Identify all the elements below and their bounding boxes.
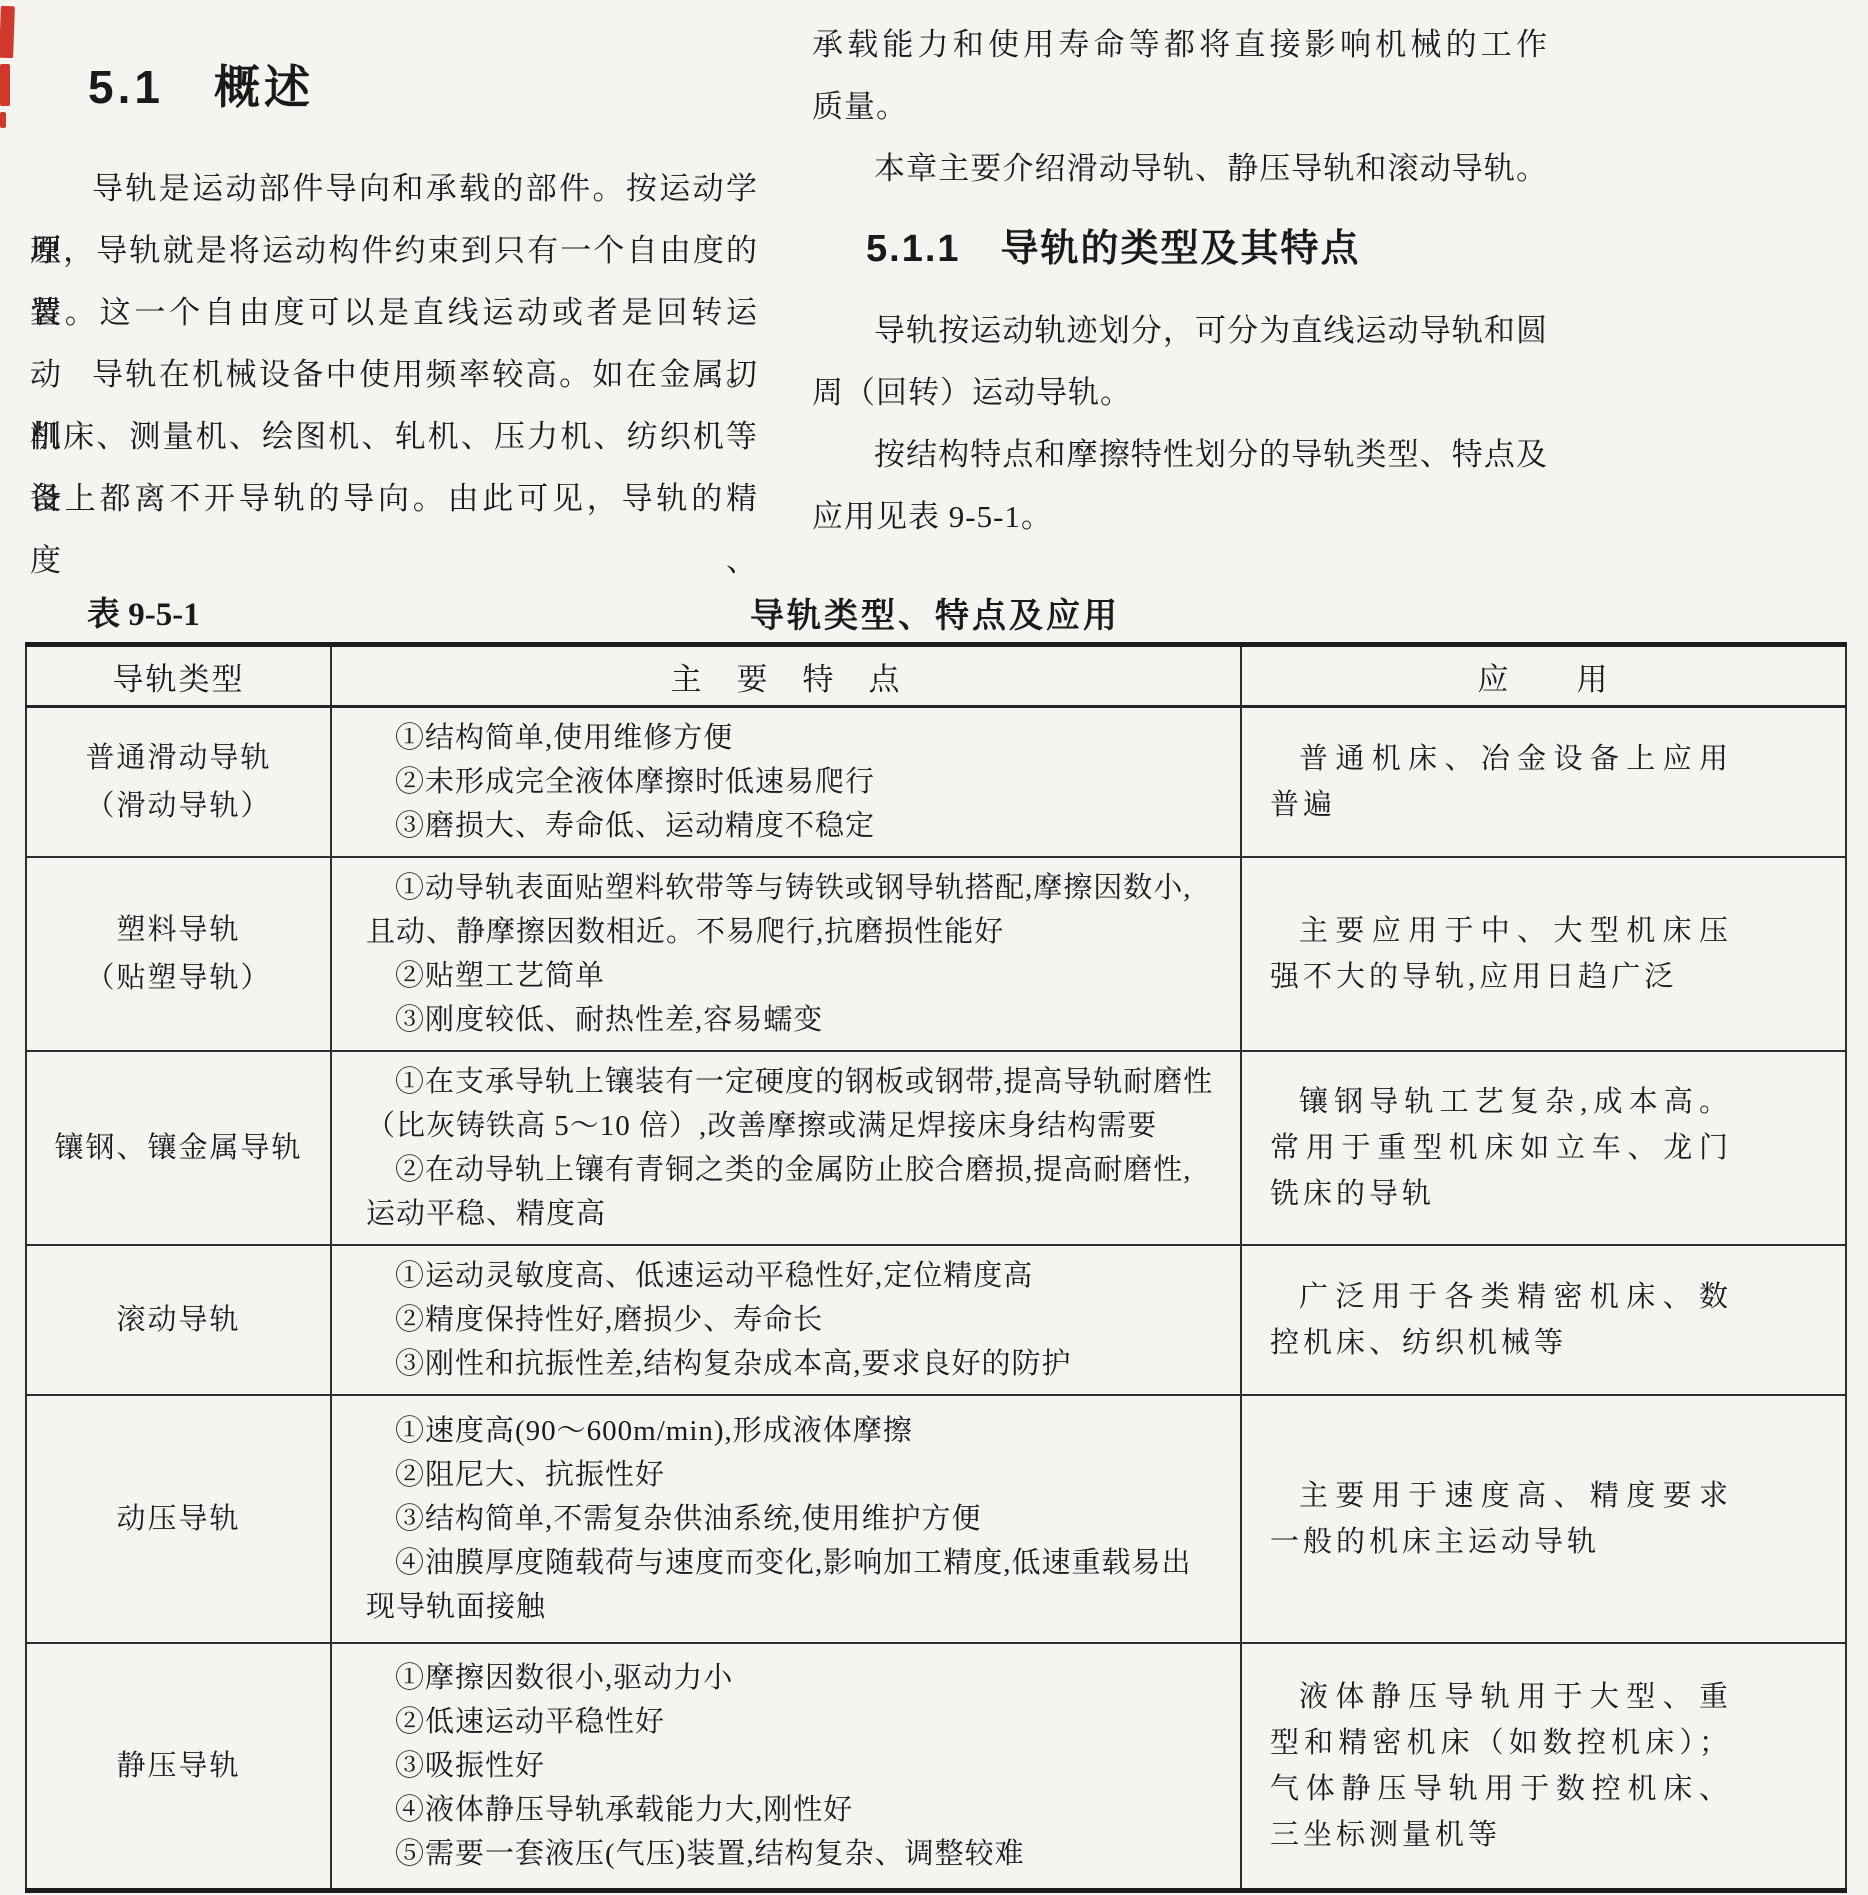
application-line: 镶钢导轨工艺复杂,成本高。 (1270, 1079, 1732, 1125)
application-cell: 普通机床、冶金设备上应用 普遍 (1241, 707, 1846, 858)
feature-line: ⑤需要一套液压(气压)装置,结构复杂、调整较难 (366, 1832, 1214, 1876)
feature-line: ③结构简单,不需复杂供油系统,使用维护方便 (366, 1497, 1214, 1541)
feature-line: ①在支承导轨上镶装有一定硬度的钢板或钢带,提高导轨耐磨性 (366, 1060, 1214, 1104)
application-line: 型和精密机床（如数控机床）； (1270, 1720, 1732, 1766)
application-line: 主要用于速度高、精度要求 (1270, 1473, 1732, 1519)
guide-type-cell: 普通滑动导轨 （滑动导轨） (26, 707, 331, 858)
table-row: 镶钢、镶金属导轨 ①在支承导轨上镶装有一定硬度的钢板或钢带,提高导轨耐磨性 （比… (26, 1051, 1846, 1245)
feature-line: ①结构简单,使用维修方便 (366, 716, 1214, 760)
col-header-features: 主 要 特 点 (331, 645, 1241, 707)
feature-line: ①动导轨表面贴塑料软带等与铸铁或钢导轨搭配,摩擦因数小, (366, 866, 1214, 910)
application-cell: 广泛用于各类精密机床、数 控机床、纺织机械等 (1241, 1245, 1846, 1395)
feature-line: ②低速运动平稳性好 (366, 1700, 1214, 1744)
text-line: 周（回转）运动导轨。 (812, 362, 1548, 424)
guide-type-cell: 静压导轨 (26, 1643, 331, 1890)
feature-line: ②精度保持性好,磨损少、寿命长 (366, 1298, 1214, 1342)
features-cell: ①动导轨表面贴塑料软带等与铸铁或钢导轨搭配,摩擦因数小, 且动、静摩擦因数相近。… (331, 857, 1241, 1051)
right-text-column: 承载能力和使用寿命等都将直接影响机械的工作 质量。 本章主要介绍滑动导轨、静压导… (812, 14, 1548, 548)
document-page: 5.1 概述 导轨是运动部件导向和承载的部件。按运动学原 理，导轨就是将运动构件… (0, 0, 1868, 1895)
application-text: 普通机床、冶金设备上应用 普遍 (1270, 736, 1732, 828)
text-line: 承载能力和使用寿命等都将直接影响机械的工作 (812, 14, 1548, 76)
feature-line: ③刚度较低、耐热性差,容易蠕变 (366, 998, 1214, 1042)
text-line: 导轨是运动部件导向和承载的部件。按运动学原 (30, 158, 758, 220)
feature-line: ③吸振性好 (366, 1744, 1214, 1788)
feature-line: （比灰铸铁高 5～10 倍）,改善摩擦或满足焊接床身结构需要 (366, 1104, 1214, 1148)
table-row: 滚动导轨 ①运动灵敏度高、低速运动平稳性好,定位精度高 ②精度保持性好,磨损少、… (26, 1245, 1846, 1395)
guide-type-line: （滑动导轨） (35, 782, 322, 830)
guide-type-line: 动压导轨 (35, 1495, 322, 1543)
application-text: 镶钢导轨工艺复杂,成本高。 常用于重型机床如立车、龙门 铣床的导轨 (1270, 1079, 1732, 1217)
text-line: 理，导轨就是将运动构件约束到只有一个自由度的装 (30, 220, 758, 282)
feature-line: ②贴塑工艺简单 (366, 954, 1214, 998)
feature-line: ②在动导轨上镶有青铜之类的金属防止胶合磨损,提高耐磨性, (366, 1148, 1214, 1192)
scan-artifact-red-mark (0, 6, 15, 58)
col-header-application: 应 用 (1241, 645, 1846, 707)
application-line: 强不大的导轨,应用日趋广泛 (1270, 954, 1732, 1000)
table-title: 导轨类型、特点及应用 (25, 588, 1845, 637)
table-row: 静压导轨 ①摩擦因数很小,驱动力小 ②低速运动平稳性好 ③吸振性好 ④液体静压导… (26, 1643, 1846, 1890)
application-text: 主要应用于中、大型机床压 强不大的导轨,应用日趋广泛 (1270, 908, 1732, 1000)
table-row: 塑料导轨 （贴塑导轨） ①动导轨表面贴塑料软带等与铸铁或钢导轨搭配,摩擦因数小,… (26, 857, 1846, 1051)
feature-line: ①速度高(90～600m/min),形成液体摩擦 (366, 1409, 1214, 1453)
guide-type-line: 滚动导轨 (35, 1296, 322, 1344)
guide-rail-table-section: 表 9-5-1 导轨类型、特点及应用 导轨类型 主 要 特 点 应 用 普通滑动… (25, 580, 1845, 1893)
guide-type-cell: 动压导轨 (26, 1395, 331, 1643)
scan-artifact-red-mark (0, 64, 10, 106)
feature-line: 运动平稳、精度高 (366, 1192, 1214, 1236)
text-line: 导轨在机械设备中使用频率较高。如在金属切削 (30, 344, 758, 406)
application-line: 普通机床、冶金设备上应用 (1270, 736, 1732, 782)
features-cell: ①运动灵敏度高、低速运动平稳性好,定位精度高 ②精度保持性好,磨损少、寿命长 ③… (331, 1245, 1241, 1395)
application-cell: 液体静压导轨用于大型、重 型和精密机床（如数控机床）； 气体静压导轨用于数控机床… (1241, 1643, 1846, 1890)
text-line: 机床、测量机、绘图机、轧机、压力机、纺织机等设 (30, 406, 758, 468)
text-line: 导轨按运动轨迹划分，可分为直线运动导轨和圆 (812, 300, 1548, 362)
col-header-type: 导轨类型 (26, 645, 331, 707)
application-line: 气体静压导轨用于数控机床、 (1270, 1766, 1732, 1812)
application-text: 主要用于速度高、精度要求 一般的机床主运动导轨 (1270, 1473, 1732, 1565)
guide-type-cell: 塑料导轨 （贴塑导轨） (26, 857, 331, 1051)
application-line: 液体静压导轨用于大型、重 (1270, 1674, 1732, 1720)
table-caption: 表 9-5-1 导轨类型、特点及应用 (25, 580, 1845, 642)
feature-line: ①运动灵敏度高、低速运动平稳性好,定位精度高 (366, 1254, 1214, 1298)
application-cell: 主要用于速度高、精度要求 一般的机床主运动导轨 (1241, 1395, 1846, 1643)
feature-line: ④油膜厚度随载荷与速度而变化,影响加工精度,低速重载易出 (366, 1541, 1214, 1585)
application-line: 常用于重型机床如立车、龙门 (1270, 1125, 1732, 1171)
text-line: 备上都离不开导轨的导向。由此可见，导轨的精度、 (30, 468, 758, 530)
guide-type-line: （贴塑导轨） (35, 954, 322, 1002)
text-line: 置。这一个自由度可以是直线运动或者是回转运动。 (30, 282, 758, 344)
guide-type-line: 普通滑动导轨 (35, 734, 322, 782)
feature-line: ②阻尼大、抗振性好 (366, 1453, 1214, 1497)
text-line: 按结构特点和摩擦特性划分的导轨类型、特点及 (812, 424, 1548, 486)
features-cell: ①结构简单,使用维修方便 ②未形成完全液体摩擦时低速易爬行 ③磨损大、寿命低、运… (331, 707, 1241, 858)
feature-line: ③刚性和抗振性差,结构复杂成本高,要求良好的防护 (366, 1342, 1214, 1386)
section-heading: 5.1 概述 (88, 60, 758, 114)
guide-type-line: 静压导轨 (35, 1742, 322, 1790)
text-line: 应用见表 9-5-1。 (812, 486, 1548, 548)
application-cell: 镶钢导轨工艺复杂,成本高。 常用于重型机床如立车、龙门 铣床的导轨 (1241, 1051, 1846, 1245)
feature-line: ①摩擦因数很小,驱动力小 (366, 1656, 1214, 1700)
guide-type-cell: 滚动导轨 (26, 1245, 331, 1395)
application-line: 三坐标测量机等 (1270, 1812, 1732, 1858)
text-line: 质量。 (812, 76, 1548, 138)
guide-rail-table: 导轨类型 主 要 特 点 应 用 普通滑动导轨 （滑动导轨） ①结构简单,使用维… (25, 642, 1847, 1893)
application-line: 普遍 (1270, 782, 1732, 828)
feature-line: 现导轨面接触 (366, 1585, 1214, 1629)
text-line: 本章主要介绍滑动导轨、静压导轨和滚动导轨。 (812, 138, 1548, 200)
subsection-heading: 5.1.1 导轨的类型及其特点 (866, 226, 1548, 272)
application-line: 一般的机床主运动导轨 (1270, 1519, 1732, 1565)
table-header-row: 导轨类型 主 要 特 点 应 用 (26, 645, 1846, 707)
application-line: 主要应用于中、大型机床压 (1270, 908, 1732, 954)
table-row: 动压导轨 ①速度高(90～600m/min),形成液体摩擦 ②阻尼大、抗振性好 … (26, 1395, 1846, 1643)
application-text: 液体静压导轨用于大型、重 型和精密机床（如数控机床）； 气体静压导轨用于数控机床… (1270, 1674, 1732, 1858)
feature-line: ②未形成完全液体摩擦时低速易爬行 (366, 760, 1214, 804)
table-row: 普通滑动导轨 （滑动导轨） ①结构简单,使用维修方便 ②未形成完全液体摩擦时低速… (26, 707, 1846, 858)
guide-type-line: 镶钢、镶金属导轨 (35, 1124, 322, 1172)
feature-line: ④液体静压导轨承载能力大,刚性好 (366, 1788, 1214, 1832)
feature-line: 且动、静摩擦因数相近。不易爬行,抗磨损性能好 (366, 910, 1214, 954)
features-cell: ①速度高(90～600m/min),形成液体摩擦 ②阻尼大、抗振性好 ③结构简单… (331, 1395, 1241, 1643)
guide-type-cell: 镶钢、镶金属导轨 (26, 1051, 331, 1245)
left-text-column: 5.1 概述 导轨是运动部件导向和承载的部件。按运动学原 理，导轨就是将运动构件… (30, 60, 758, 530)
application-line: 广泛用于各类精密机床、数 (1270, 1274, 1732, 1320)
application-cell: 主要应用于中、大型机床压 强不大的导轨,应用日趋广泛 (1241, 857, 1846, 1051)
features-cell: ①摩擦因数很小,驱动力小 ②低速运动平稳性好 ③吸振性好 ④液体静压导轨承载能力… (331, 1643, 1241, 1890)
scan-artifact-red-mark (0, 112, 6, 128)
application-line: 控机床、纺织机械等 (1270, 1320, 1732, 1366)
application-text: 广泛用于各类精密机床、数 控机床、纺织机械等 (1270, 1274, 1732, 1366)
feature-line: ③磨损大、寿命低、运动精度不稳定 (366, 804, 1214, 848)
features-cell: ①在支承导轨上镶装有一定硬度的钢板或钢带,提高导轨耐磨性 （比灰铸铁高 5～10… (331, 1051, 1241, 1245)
application-line: 铣床的导轨 (1270, 1171, 1732, 1217)
guide-type-line: 塑料导轨 (35, 906, 322, 954)
